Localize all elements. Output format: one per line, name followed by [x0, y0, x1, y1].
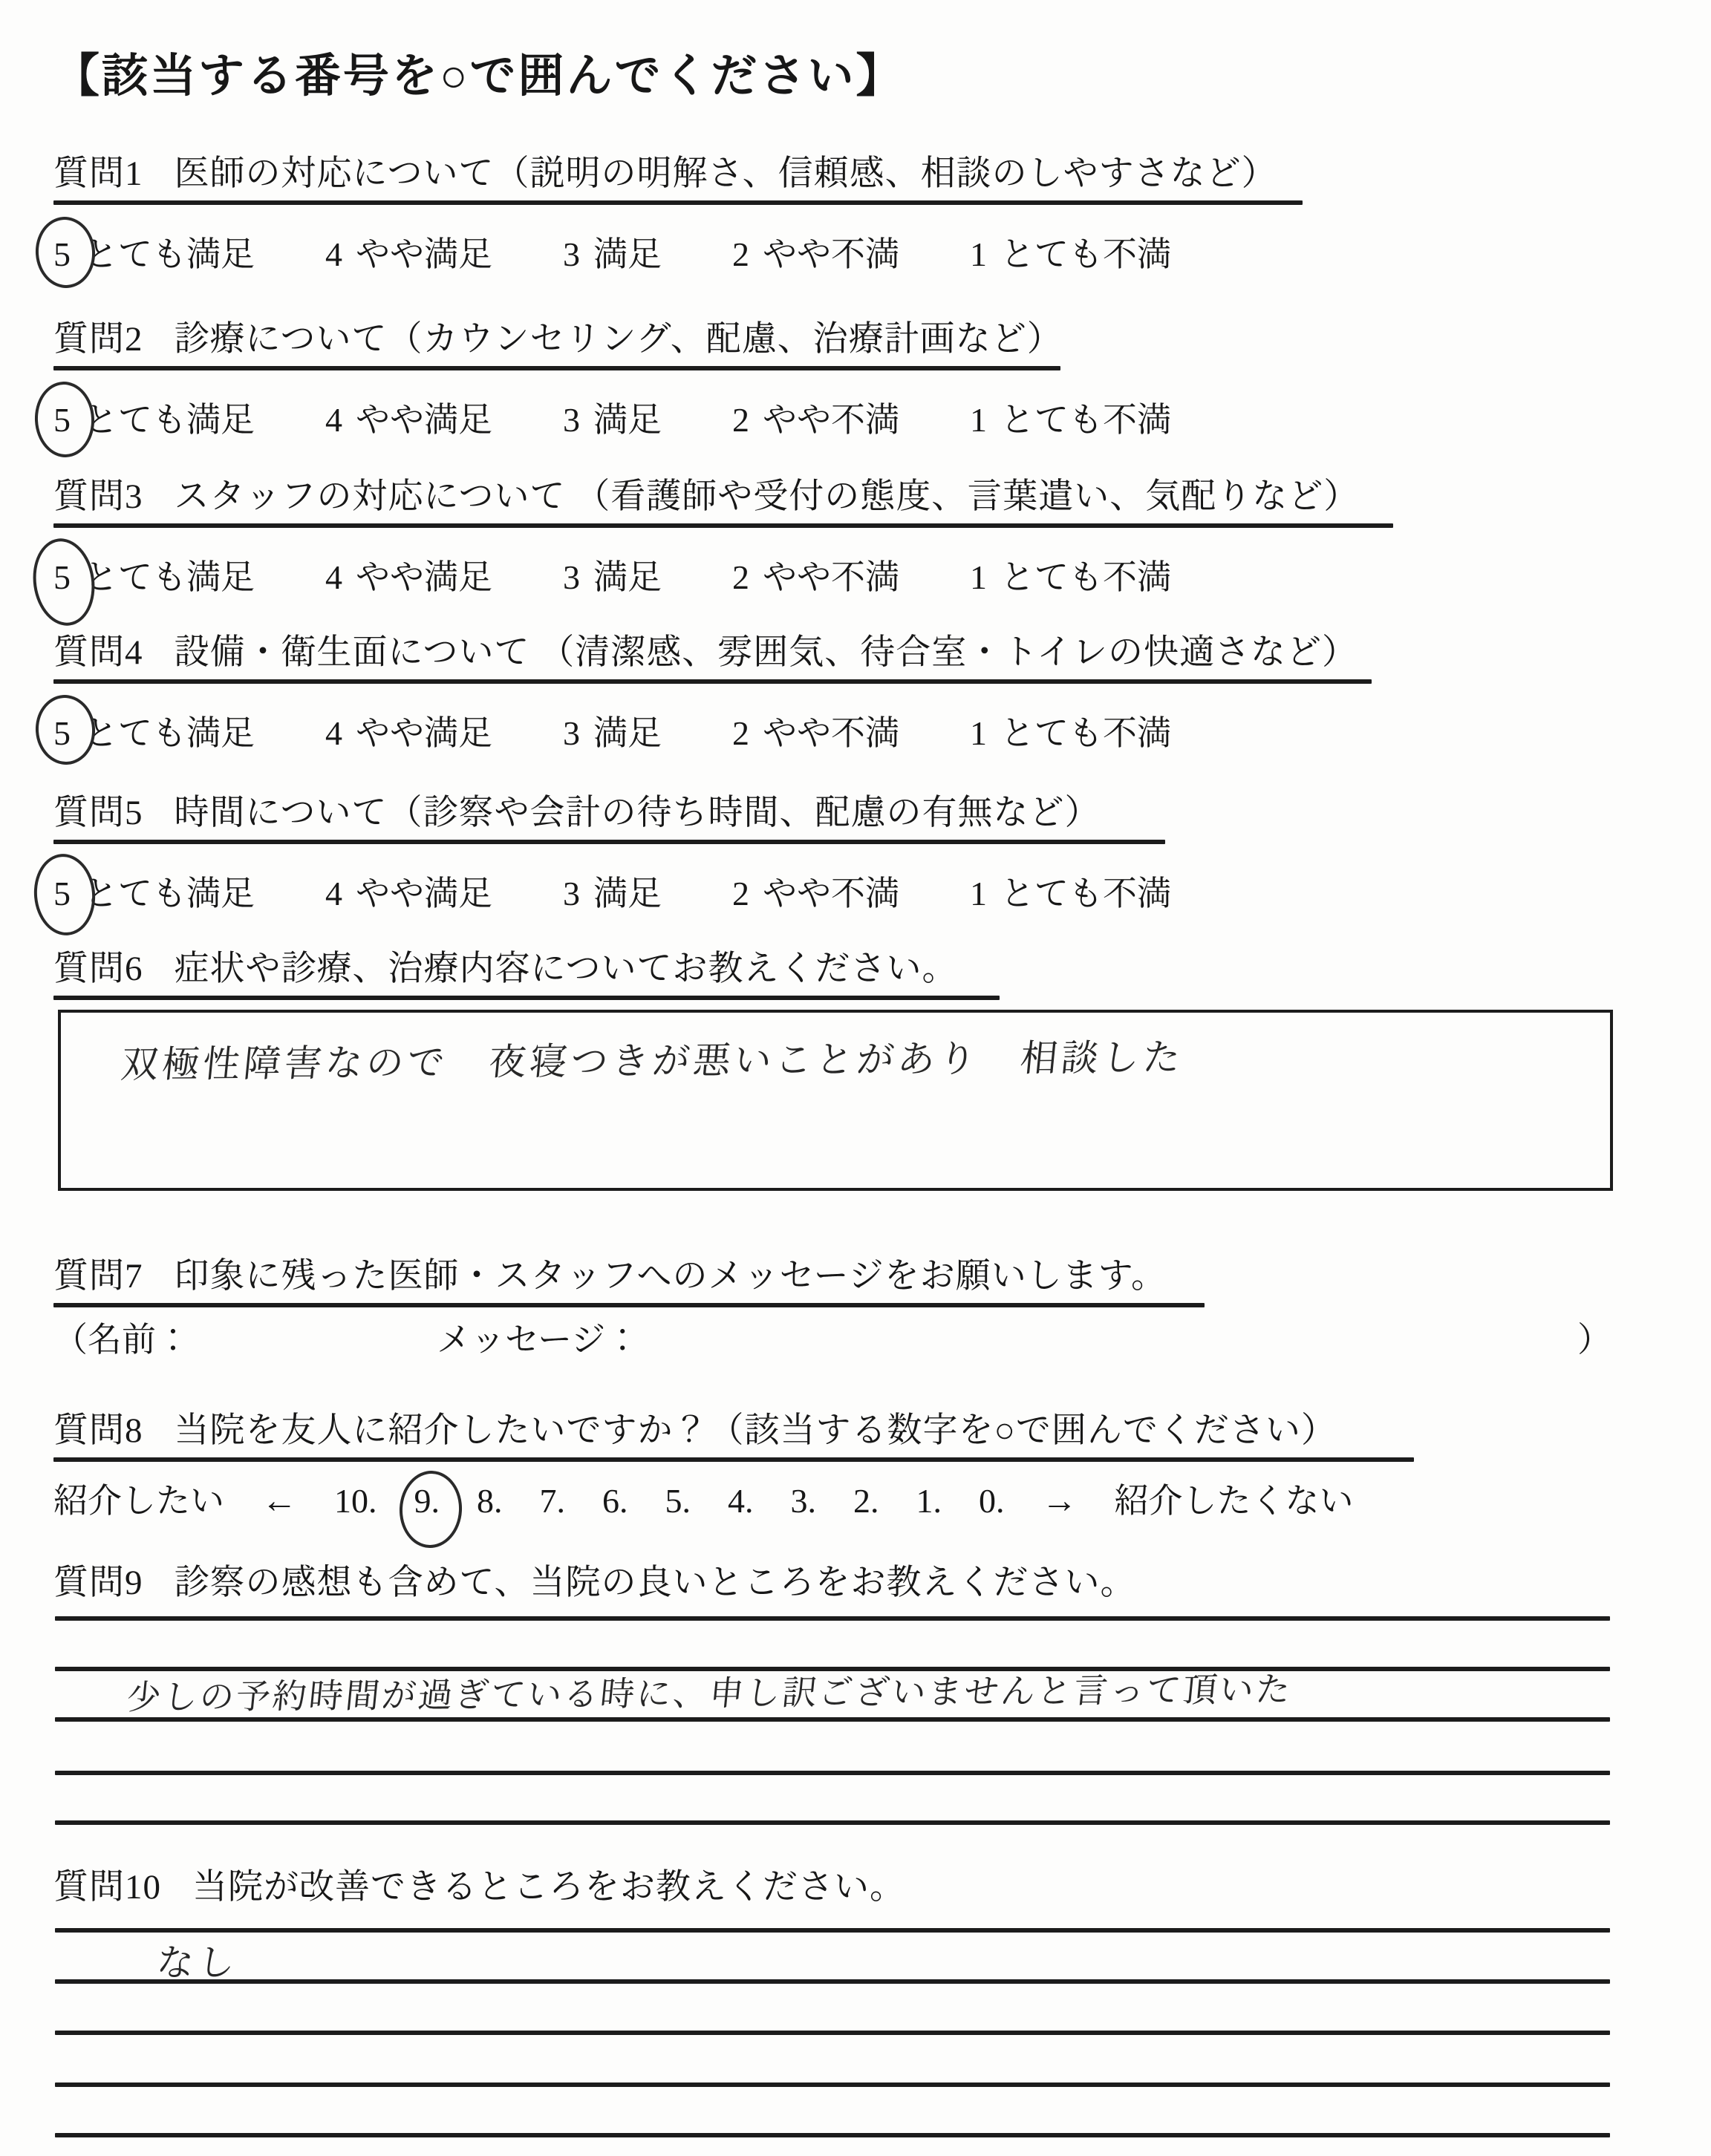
option-number: 5 [53, 400, 71, 440]
question-label: 質問10 [53, 1866, 161, 1909]
rating-option: 5とても満足 [53, 550, 255, 599]
name-field-label: （名前： [53, 1313, 190, 1362]
rating-row: 5とても満足 4やや満足 3満足 2やや不満 1とても不満 [53, 866, 1658, 915]
rating-option: 4やや満足 [325, 550, 492, 599]
option-label: やや満足 [356, 235, 492, 273]
option-label: 満足 [593, 875, 662, 912]
answer-box: 双極性障害なので 夜寝つきが悪いことがあり 相談した [58, 1010, 1613, 1191]
arrow-left-icon: ← [261, 1480, 297, 1521]
title-underline [53, 200, 1303, 205]
option-label: 満足 [593, 714, 662, 752]
option-number: 4 [325, 235, 342, 274]
rating-option: 5とても満足 [53, 706, 255, 755]
scale-number: 1. [916, 1481, 942, 1520]
question-title: 質問5時間について（診察や会計の待ち時間、配慮の有無など） [53, 791, 1658, 834]
rating-option: 4やや満足 [325, 706, 492, 755]
question-label: 質問6 [53, 947, 143, 990]
option-number: 2 [732, 713, 749, 753]
question-title: 質問6症状や診療、治療内容についてお教えください。 [53, 947, 1658, 990]
option-number: 4 [325, 874, 342, 913]
question-title-text: スタッフの対応について （看護師や受付の態度、言葉遣い、気配りなど） [175, 477, 1360, 516]
option-number: 3 [563, 400, 580, 440]
scale-number: 7. [540, 1481, 566, 1520]
rating-option: 5とても満足 [53, 866, 255, 915]
option-number: 3 [563, 235, 580, 274]
option-label: やや不満 [763, 558, 899, 596]
question-title: 質問8当院を友人に紹介したいですか？（該当する数字を○で囲んでください） [53, 1409, 1658, 1452]
scale-right-label: 紹介したくない [1115, 1474, 1354, 1523]
option-label: やや不満 [763, 875, 899, 912]
option-number: 1 [970, 558, 987, 597]
option-label: とても不満 [1000, 235, 1171, 273]
option-number: 2 [732, 558, 749, 597]
option-label: とても満足 [84, 235, 255, 273]
rating-option: 1とても不満 [970, 550, 1171, 599]
title-underline [53, 1457, 1414, 1462]
rating-row: 5とても満足 4やや満足 3満足 2やや不満 1とても不満 [53, 706, 1658, 755]
option-label: やや満足 [356, 875, 492, 912]
option-label: とても不満 [1000, 558, 1171, 596]
rating-option: 1とても不満 [970, 706, 1171, 755]
option-label: とても不満 [1000, 401, 1171, 439]
option-label: 満足 [593, 558, 662, 596]
question-title-text: 医師の対応について（説明の明解さ、信頼感、相談のしやすさなど） [175, 154, 1277, 193]
question-title-text: 設備・衛生面について （清潔感、雰囲気、待合室・トイレの快適さなど） [175, 633, 1358, 672]
rating-row: 5とても満足 4やや満足 3満足 2やや不満 1とても不満 [53, 393, 1658, 442]
option-number: 1 [970, 713, 987, 753]
question-title-text: 診察の感想も含めて、当院の良いところをお教えください。 [175, 1564, 1136, 1602]
question-title: 質問7印象に残った医師・スタッフへのメッセージをお願いします。 [53, 1255, 1658, 1298]
rating-option: 2やや不満 [732, 866, 899, 915]
option-number: 5 [53, 713, 71, 753]
scale-number: 4. [728, 1481, 754, 1520]
option-number: 2 [732, 874, 749, 913]
option-number: 3 [563, 713, 580, 753]
scale-number: 10. [334, 1481, 377, 1520]
closing-paren: ） [1577, 1313, 1611, 1362]
question-title-text: 時間について（診察や会計の待ち時間、配慮の有無など） [175, 794, 1101, 832]
ruled-line [55, 1928, 1610, 1933]
scale-number: 9. [414, 1482, 440, 1520]
rating-option: 1とても不満 [970, 866, 1171, 915]
option-number: 4 [325, 400, 342, 440]
ruled-line [55, 1820, 1610, 1825]
title-underline [53, 1303, 1205, 1307]
rating-option: 2やや不満 [732, 706, 899, 755]
question-title: 質問4設備・衛生面について （清潔感、雰囲気、待合室・トイレの快適さなど） [53, 631, 1658, 674]
option-label: やや満足 [356, 558, 492, 596]
option-number: 5 [53, 558, 71, 597]
option-label: とても満足 [84, 558, 255, 596]
message-field-label: メッセージ： [437, 1313, 639, 1362]
question-block-5: 質問5時間について（診察や会計の待ち時間、配慮の有無など） 5とても満足 4やや… [53, 791, 1658, 915]
question-block-9: 質問9診察の感想も含めて、当院の良いところをお教えください。 [53, 1561, 1658, 1604]
rating-option: 1とても不満 [970, 393, 1171, 442]
question-title: 質問10当院が改善できるところをお教えください。 [53, 1866, 1658, 1909]
rating-option: 2やや不満 [732, 227, 899, 276]
question-block-3: 質問3スタッフの対応について （看護師や受付の態度、言葉遣い、気配りなど） 5と… [53, 475, 1658, 599]
ruled-line [55, 2133, 1610, 2137]
question-block-10: 質問10当院が改善できるところをお教えください。 [53, 1866, 1658, 1909]
scale-number: 8. [477, 1481, 503, 1520]
ruled-line [55, 1771, 1610, 1775]
handwritten-answer: 双極性障害なので 夜寝つきが悪いことがあり 相談した [119, 1028, 1187, 1088]
question-label: 質問3 [53, 475, 143, 518]
rating-option: 3満足 [563, 393, 662, 442]
question-block-7: 質問7印象に残った医師・スタッフへのメッセージをお願いします。 [53, 1255, 1658, 1307]
arrow-right-icon: → [1042, 1480, 1078, 1521]
question-title: 質問3スタッフの対応について （看護師や受付の態度、言葉遣い、気配りなど） [53, 475, 1658, 518]
option-label: やや不満 [763, 235, 899, 273]
question-title-text: 当院が改善できるところをお教えください。 [192, 1868, 905, 1907]
title-underline [53, 996, 1000, 1000]
option-label: やや満足 [356, 401, 492, 439]
option-label: 満足 [593, 235, 662, 273]
handwritten-answer: 少しの予約時間が過ぎている時に、申し訳ございませんと言って頂いた [125, 1662, 1295, 1719]
rating-option: 4やや満足 [325, 866, 492, 915]
option-number: 5 [53, 235, 71, 274]
question-title: 質問2診療について（カウンセリング、配慮、治療計画など） [53, 318, 1658, 361]
rating-option: 5とても満足 [53, 393, 255, 442]
page-title: 【該当する番号を○で囲んでください】 [53, 39, 904, 105]
option-number: 1 [970, 235, 987, 274]
option-number: 3 [563, 558, 580, 597]
option-number: 3 [563, 874, 580, 913]
question-label: 質問7 [53, 1255, 143, 1298]
question-label: 質問2 [53, 318, 143, 361]
rating-option: 5とても満足 [53, 227, 255, 276]
rating-option: 2やや不満 [732, 393, 899, 442]
handwritten-answer: なし [154, 1933, 241, 1987]
rating-option: 3満足 [563, 550, 662, 599]
ruled-line [55, 1979, 1610, 1984]
option-label: やや満足 [356, 714, 492, 752]
rating-option: 2やや不満 [732, 550, 899, 599]
rating-option: 4やや満足 [325, 393, 492, 442]
scale-number: 6. [602, 1481, 628, 1520]
question-block-8: 質問8当院を友人に紹介したいですか？（該当する数字を○で囲んでください） [53, 1409, 1658, 1462]
question-title: 質問9診察の感想も含めて、当院の良いところをお教えください。 [53, 1561, 1658, 1604]
option-label: やや不満 [763, 401, 899, 439]
scale-number: 3. [791, 1481, 817, 1520]
question-block-4: 質問4設備・衛生面について （清潔感、雰囲気、待合室・トイレの快適さなど） 5と… [53, 631, 1658, 755]
question-block-1: 質問1医師の対応について（説明の明解さ、信頼感、相談のしやすさなど） 5とても満… [53, 152, 1658, 276]
rating-row: 5とても満足 4やや満足 3満足 2やや不満 1とても不満 [53, 550, 1658, 599]
scale-number: 0. [979, 1481, 1005, 1520]
option-number: 1 [970, 400, 987, 440]
question-label: 質問5 [53, 791, 143, 834]
ruled-line [55, 2082, 1610, 2087]
rating-option: 3満足 [563, 227, 662, 276]
question-label: 質問1 [53, 152, 143, 195]
question-title-text: 症状や診療、治療内容についてお教えください。 [175, 950, 958, 988]
option-label: とても満足 [84, 875, 255, 912]
title-underline [53, 523, 1393, 528]
title-underline [53, 679, 1372, 684]
rating-option: 4やや満足 [325, 227, 492, 276]
scale-number-selected: 9. [414, 1481, 440, 1520]
rating-option: 3満足 [563, 706, 662, 755]
question-title-text: 印象に残った医師・スタッフへのメッセージをお願いします。 [175, 1257, 1167, 1296]
rating-row: 5とても満足 4やや満足 3満足 2やや不満 1とても不満 [53, 227, 1658, 276]
option-label: やや不満 [763, 714, 899, 752]
question-block-2: 質問2診療について（カウンセリング、配慮、治療計画など） 5とても満足 4やや満… [53, 318, 1658, 442]
option-number: 4 [325, 558, 342, 597]
ruled-line [55, 1616, 1610, 1621]
question-title: 質問1医師の対応について（説明の明解さ、信頼感、相談のしやすさなど） [53, 152, 1658, 195]
scale-number: 5. [665, 1481, 691, 1520]
question-block-6: 質問6症状や診療、治療内容についてお教えください。 [53, 947, 1658, 1000]
scale-left-label: 紹介したい [53, 1474, 224, 1523]
option-number: 2 [732, 235, 749, 274]
option-label: とても満足 [84, 401, 255, 439]
question-label: 質問9 [53, 1561, 143, 1604]
question-title-text: 当院を友人に紹介したいですか？（該当する数字を○で囲んでください） [175, 1411, 1337, 1450]
title-underline [53, 840, 1165, 844]
option-label: 満足 [593, 401, 662, 439]
question-label: 質問4 [53, 631, 143, 674]
scale-number: 2. [853, 1481, 879, 1520]
option-number: 2 [732, 400, 749, 440]
question-label: 質問8 [53, 1409, 143, 1452]
option-label: とても不満 [1000, 714, 1171, 752]
question-title-text: 診療について（カウンセリング、配慮、治療計画など） [175, 320, 1063, 359]
rating-option: 3満足 [563, 866, 662, 915]
option-number: 4 [325, 713, 342, 753]
rating-option: 1とても不満 [970, 227, 1171, 276]
ruled-line [55, 2031, 1610, 2035]
option-number: 1 [970, 874, 987, 913]
option-label: とても不満 [1000, 875, 1171, 912]
title-underline [53, 366, 1060, 370]
option-number: 5 [53, 874, 71, 913]
name-message-row: （名前： メッセージ： ） [53, 1313, 1611, 1357]
option-label: とても満足 [84, 714, 255, 752]
nps-scale-row: 紹介したい ← 10. 9. 8. 7. 6. 5. 4. 3. 2. 1. 0… [53, 1474, 1354, 1523]
